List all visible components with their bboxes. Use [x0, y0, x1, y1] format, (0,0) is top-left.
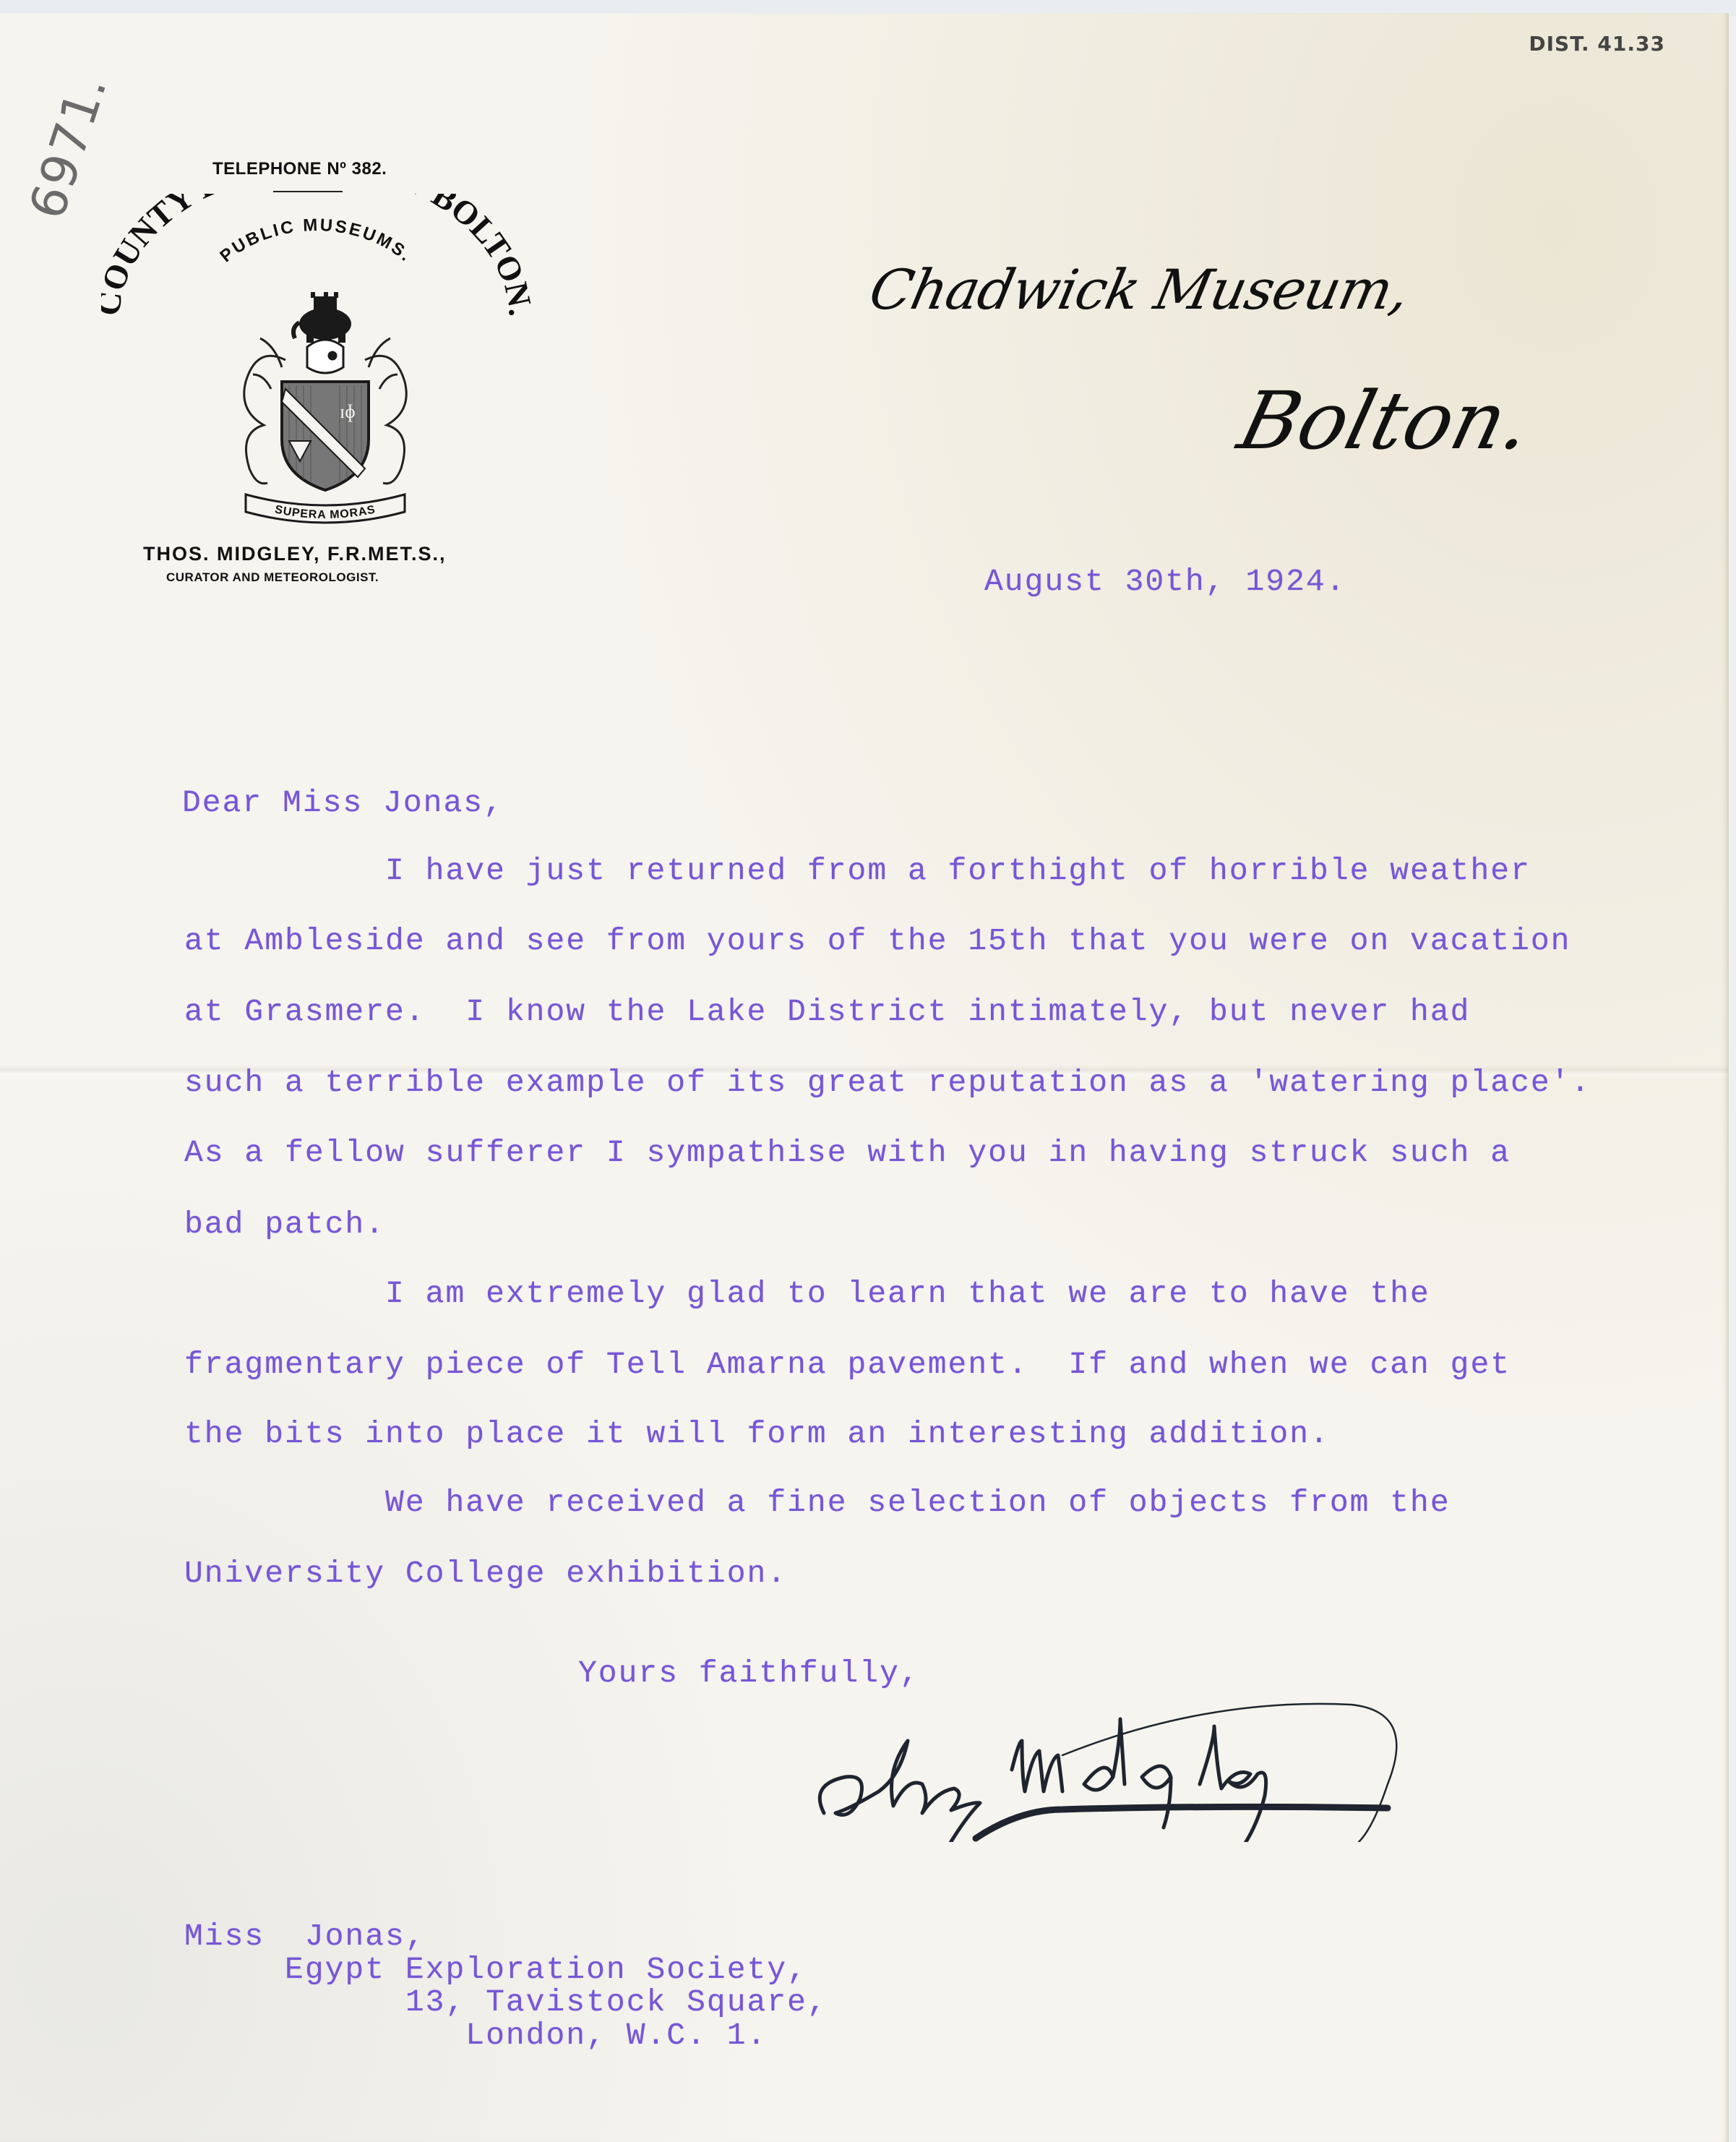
- body-line: I have just returned from a forthight of…: [184, 853, 1531, 888]
- closing: Yours faithfully,: [578, 1655, 920, 1691]
- signature-icon: [795, 1697, 1576, 1842]
- salutation: Dear Miss Jonas,: [182, 785, 504, 821]
- body-line: As a fellow sufferer I sympathise with y…: [184, 1135, 1511, 1170]
- curator-name: THOS. MIDGLEY, F.R.MET.S.,: [143, 543, 447, 565]
- recipient-line: 13, Tavistock Square,: [184, 1984, 828, 2020]
- letter-page: 6971. DIST. 41.33 TELEPHONE Nº 382. COUN…: [0, 13, 1729, 2142]
- body-line: at Ambleside and see from yours of the 1…: [184, 923, 1571, 959]
- body-line: bad patch.: [184, 1207, 385, 1242]
- coat-of-arms-icon: ɪɸ SUPERA MORAS: [217, 280, 434, 526]
- body-line: fragmentary piece of Tell Amarna pavemen…: [184, 1347, 1511, 1382]
- elephant-crest-icon: [293, 292, 351, 343]
- recipient-line: London, W.C. 1.: [184, 2018, 767, 2053]
- body-line: such a terrible example of its great rep…: [184, 1065, 1591, 1100]
- body-line: University College exhibition.: [184, 1556, 787, 1591]
- telephone-line: TELEPHONE Nº 382.: [212, 159, 387, 179]
- telephone-rule: [273, 191, 343, 192]
- body-line: We have received a fine selection of obj…: [184, 1485, 1451, 1520]
- town-name: Bolton.: [1230, 374, 1541, 467]
- telephone-label: TELEPHONE Nº: [212, 159, 346, 179]
- body-line: the bits into place it will form an inte…: [184, 1416, 1330, 1452]
- letter-date: August 30th, 1924.: [984, 564, 1346, 599]
- telephone-number: 382.: [352, 159, 387, 179]
- body-line: at Grasmere. I know the Lake District in…: [184, 994, 1470, 1029]
- body-line: I am extremely glad to learn that we are…: [184, 1276, 1430, 1311]
- svg-text:ɪɸ: ɪɸ: [340, 401, 356, 422]
- svg-text:PUBLIC MUSEUMS.: PUBLIC MUSEUMS.: [216, 215, 416, 266]
- recipient-line: Egypt Exploration Society,: [184, 1952, 807, 1987]
- department-text: PUBLIC MUSEUMS.: [216, 215, 416, 266]
- curator-title: CURATOR AND METEOROLOGIST.: [166, 570, 379, 585]
- archive-reference-annotation: DIST. 41.33: [1529, 32, 1665, 56]
- museum-name: Chadwick Museum,: [864, 257, 1415, 322]
- recipient-line: Miss Jonas,: [184, 1919, 426, 1954]
